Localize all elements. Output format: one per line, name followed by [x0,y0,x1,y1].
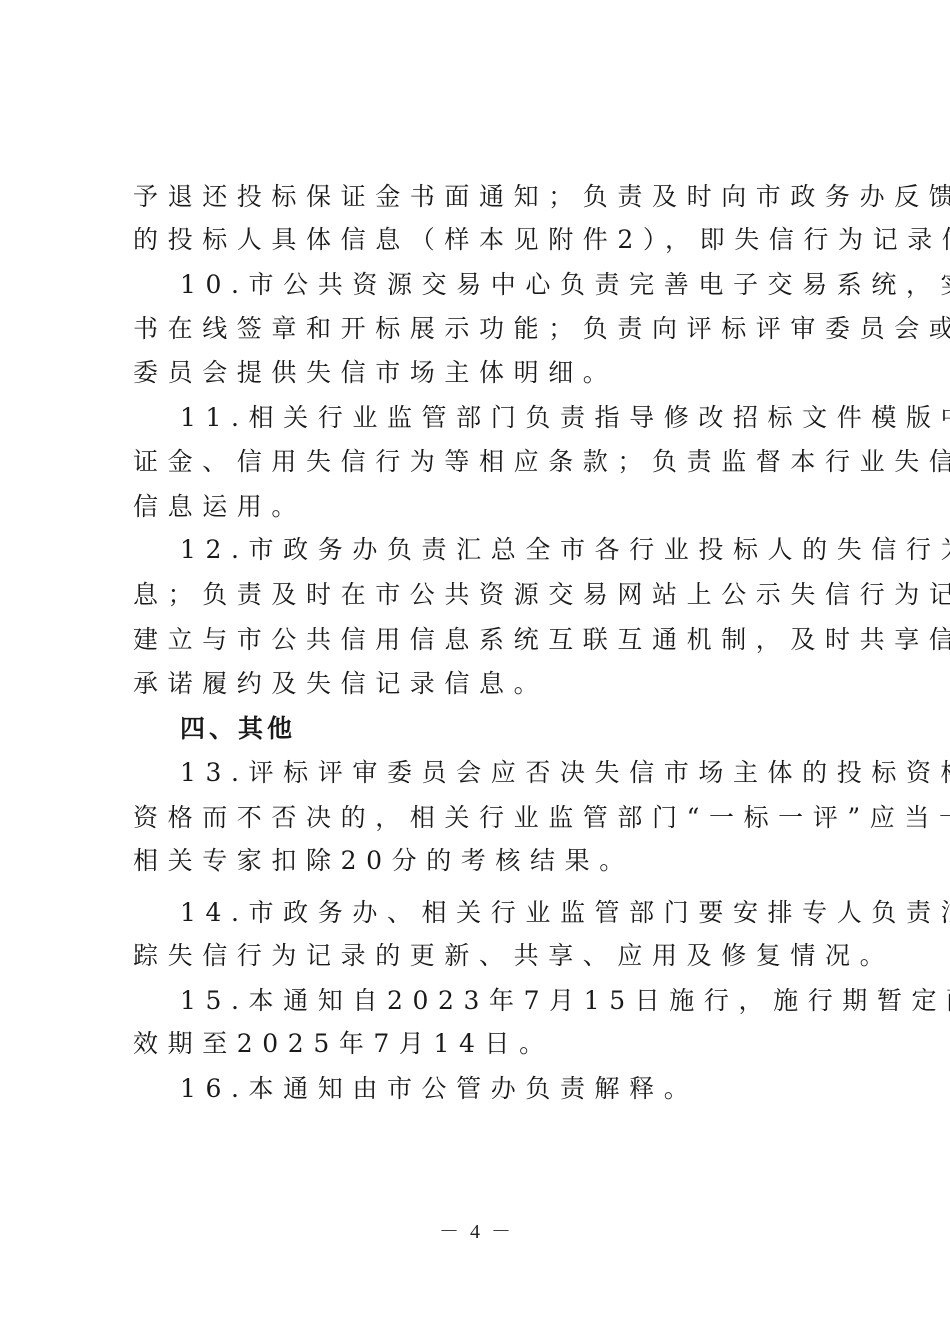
paragraph-13-line-2: 资格而不否决的，相关行业监管部门“一标一评”应当一次性给予 [133,798,833,838]
paragraph-11-line-2: 证金、信用失信行为等相应条款；负责监督本行业失信行为记录 [133,442,833,482]
paragraph-9-line-2: 的投标人具体信息（样本见附件2），即失信行为记录信息。 [133,220,833,260]
paragraph-12-line-3: 建立与市公共信用信息系统互联互通机制，及时共享信用承诺、 [133,620,833,660]
paragraph-13-line-1: 13.评标评审委员会应否决失信市场主体的投标资格和中标 [180,753,833,793]
paragraph-15-line-2: 效期至2025年7月14日。 [133,1024,833,1064]
paragraph-14-line-2: 踪失信行为记录的更新、共享、应用及修复情况。 [133,936,833,976]
paragraph-10-line-1: 10.市公共资源交易中心负责完善电子交易系统，实现承诺 [180,265,833,305]
section-heading-other: 四、其他 [180,709,833,749]
paragraph-11-line-3: 信息运用。 [133,487,833,527]
paragraph-10-line-2: 书在线签章和开标展示功能；负责向评标评审委员会或资格审查 [133,309,833,349]
paragraph-13-line-3: 相关专家扣除20分的考核结果。 [133,841,833,881]
paragraph-12-line-2: 息；负责及时在市公共资源交易网站上公示失信行为记录信息。 [133,575,833,615]
paragraph-11-line-1: 11.相关行业监管部门负责指导修改招标文件模版中投标保 [180,398,833,438]
paragraph-16-line-1: 16.本通知由市公管办负责解释。 [180,1069,833,1109]
page-number: － 4 － [0,1215,950,1244]
paragraph-10-line-3: 委员会提供失信市场主体明细。 [133,353,833,393]
paragraph-9-line-1: 予退还投标保证金书面通知；负责及时向市政务办反馈违反承诺 [133,177,833,217]
paragraph-12-line-4: 承诺履约及失信记录信息。 [133,664,833,704]
paragraph-12-line-1: 12.市政务办负责汇总全市各行业投标人的失信行为记录信 [180,530,833,570]
paragraph-15-line-1: 15.本通知自2023年7月15日施行，施行期暂定两年，有 [180,981,833,1021]
document-page: 予退还投标保证金书面通知；负责及时向市政务办反馈违反承诺 的投标人具体信息（样本… [0,0,950,1343]
paragraph-14-line-1: 14.市政务办、相关行业监管部门要安排专人负责汇总、跟 [180,893,833,933]
